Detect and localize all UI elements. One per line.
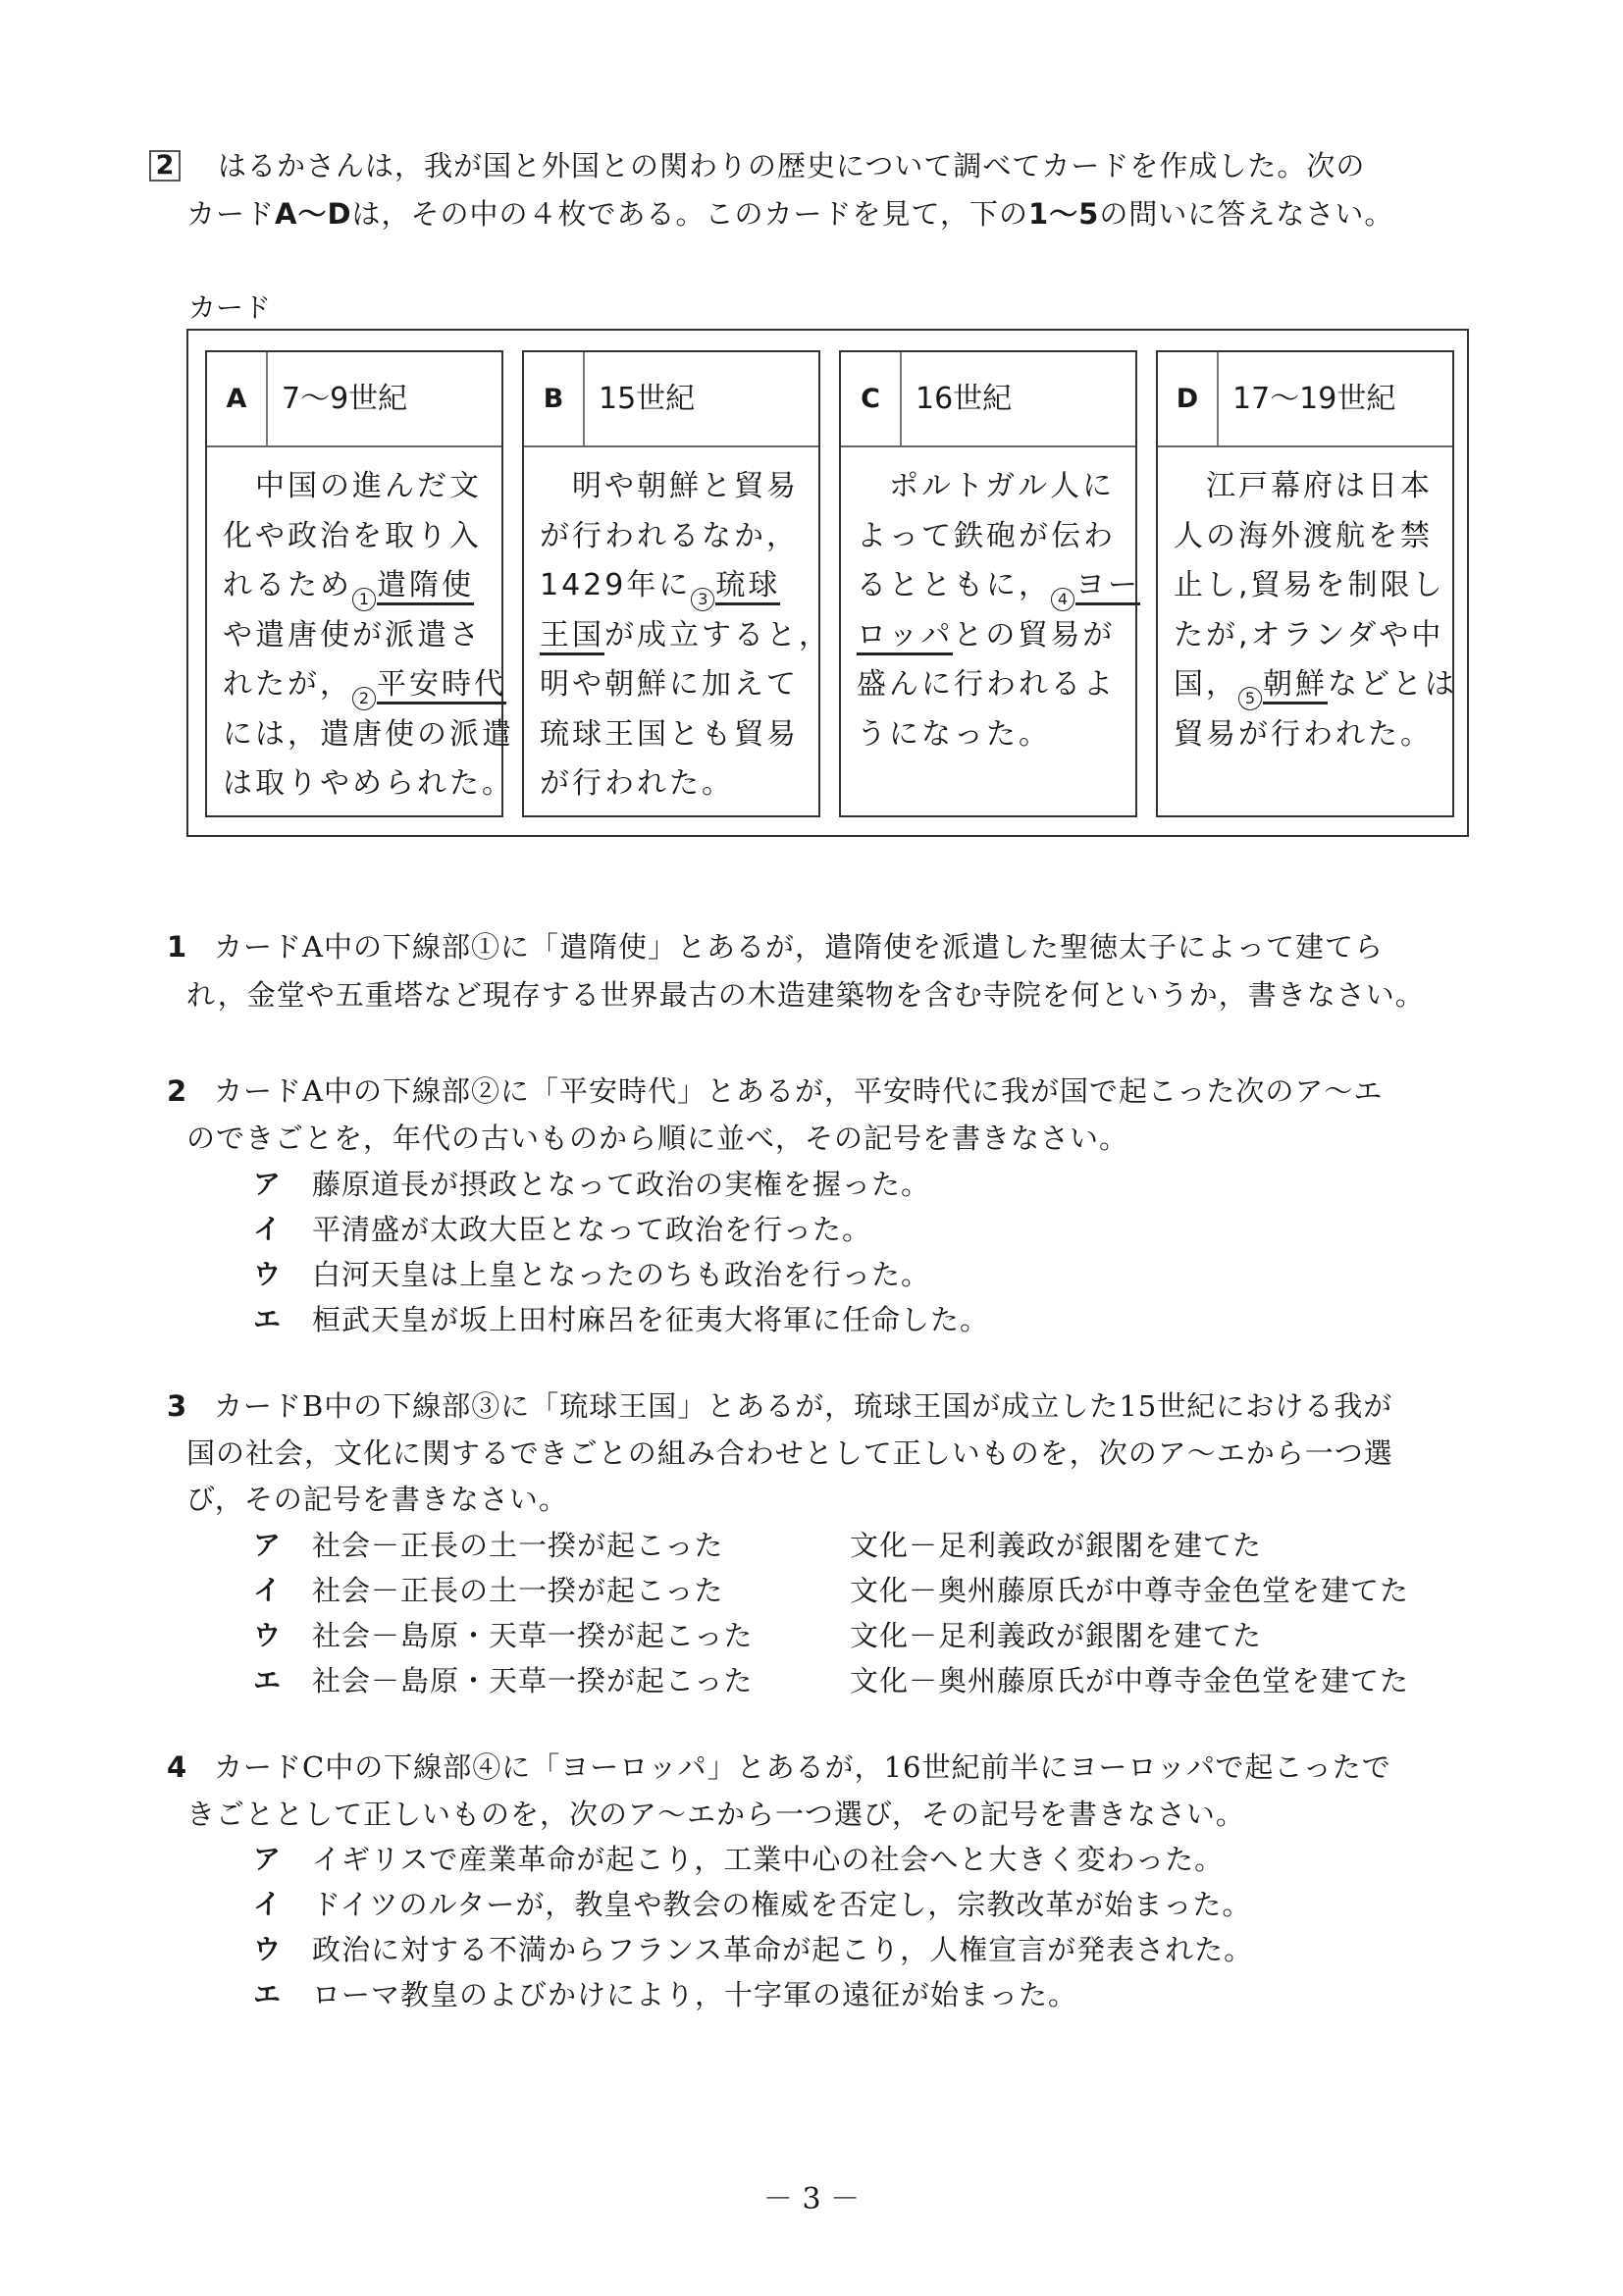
choice-society: 社会－島原・天草一揆が起こった: [312, 1661, 753, 1700]
choice-culture: 文化－奥州藤原氏が中尊寺金色堂を建てた: [850, 1571, 1409, 1610]
cards-label: カード: [188, 287, 271, 326]
question-text-line-2: きごととして正しいものを，次のア～エから一つ選び，その記号を書きなさい。: [186, 1795, 1245, 1834]
card-letter: C: [841, 352, 902, 445]
card-body: 明や朝鮮と貿易 が行われるなか， 1429年に3琉球 王国が成立すると， 明や朝…: [540, 462, 805, 809]
circled-number-5: 5: [1238, 687, 1262, 710]
question-text-line-2: のできごとを，年代の古いものから順に並べ，その記号を書きなさい。: [186, 1119, 1128, 1158]
question-number: 4: [167, 1748, 187, 1787]
choice-culture: 文化－足利義政が銀閣を建てた: [850, 1616, 1262, 1655]
card-era: 7～9世紀: [282, 352, 407, 445]
card-c: C 16世紀 ポルトガル人に よって鉄砲が伝わ るとともに，4ヨー ロッパとの貿…: [839, 350, 1137, 817]
choice-label: ア: [253, 1526, 281, 1565]
choice-label: エ: [253, 1661, 281, 1700]
choice-text: 藤原道長が摂政となって政治の実権を握った。: [312, 1165, 930, 1204]
underlined-term: 遣隋使: [377, 568, 474, 605]
choice-society: 社会－島原・天草一揆が起こった: [312, 1616, 753, 1655]
card-letter: B: [524, 352, 585, 445]
underlined-term: ロッパ: [857, 618, 953, 655]
choice-label: エ: [253, 1300, 281, 1339]
card-header: A 7～9世紀: [207, 352, 501, 447]
intro-line-2: カードA～Dは，その中の４枚である。このカードを見て，下の1～5の問いに答えなさ…: [186, 194, 1393, 234]
card-era: 16世紀: [916, 352, 1012, 445]
underlined-term: 王国: [540, 618, 604, 655]
circled-number-4: 4: [1051, 588, 1074, 611]
card-a: A 7～9世紀 中国の進んだ文 化や政治を取り入 れるため1遣隋使 や遣唐使が派…: [205, 350, 503, 817]
circled-number-3: 3: [691, 588, 714, 611]
choice-text: 白河天皇は上皇となったのちも政治を行った。: [312, 1255, 930, 1294]
choice-text: 桓武天皇が坂上田村麻呂を征夷大将軍に任命した。: [312, 1300, 989, 1339]
question-text-line-2: 国の社会，文化に関するできごとの組み合わせとして正しいものを，次のア～エから一つ…: [186, 1434, 1393, 1473]
card-b: B 15世紀 明や朝鮮と貿易 が行われるなか， 1429年に3琉球 王国が成立す…: [522, 350, 820, 817]
choice-text: 政治に対する不満からフランス革命が起こり，人権宣言が発表された。: [312, 1930, 1253, 1969]
card-letter: D: [1158, 352, 1219, 445]
card-header: C 16世紀: [841, 352, 1135, 447]
card-header: D 17～19世紀: [1158, 352, 1452, 447]
choice-society: 社会－正長の土一揆が起こった: [312, 1526, 723, 1565]
circled-number-2: 2: [352, 687, 376, 710]
choice-label: ウ: [253, 1930, 281, 1969]
underlined-term: 朝鮮: [1263, 667, 1328, 704]
page-number: － 3 －: [0, 2174, 1623, 2218]
choice-text: 平清盛が太政大臣となって政治を行った。: [312, 1210, 871, 1249]
question-text-line-2: れ，金堂や五重塔など現存する世界最古の木造建築物を含む寺院を何というか，書きなさ…: [186, 975, 1425, 1015]
intro-line-1: はるかさんは，我が国と外国との関わりの歴史について調べてカードを作成した。次の: [218, 146, 1365, 185]
choice-label: イ: [253, 1571, 281, 1610]
card-d: D 17～19世紀 江戸幕府は日本 人の海外渡航を禁 止し,貿易を制限し たが,…: [1156, 350, 1454, 817]
question-text-line-1: カードA中の下線部①に「遣隋使」とあるが，遣隋使を派遣した聖徳太子によって建てら: [214, 927, 1384, 966]
question-number-box: 2: [149, 150, 181, 182]
choice-text: ドイツのルターが，教皇や教会の権威を否定し，宗教改革が始まった。: [312, 1885, 1251, 1924]
question-text-line-1: カードC中の下線部④に「ヨーロッパ」とあるが，16世紀前半にヨーロッパで起こった…: [214, 1748, 1391, 1787]
circled-number-1: 1: [352, 588, 376, 611]
card-body: 中国の進んだ文 化や政治を取り入 れるため1遣隋使 や遣唐使が派遣さ れたが，2…: [223, 462, 488, 809]
choice-text: イギリスで産業革命が起こり，工業中心の社会へと大きく変わった。: [312, 1840, 1224, 1879]
choice-culture: 文化－奥州藤原氏が中尊寺金色堂を建てた: [850, 1661, 1409, 1700]
card-body: ポルトガル人に よって鉄砲が伝わ るとともに，4ヨー ロッパとの貿易が 盛んに行…: [857, 462, 1122, 759]
card-letter: A: [207, 352, 268, 445]
choice-label: ウ: [253, 1616, 281, 1655]
question-number: 3: [167, 1386, 187, 1426]
question-text-line-3: び，その記号を書きなさい。: [186, 1480, 568, 1519]
question-number: 1: [167, 927, 187, 966]
card-era: 17～19世紀: [1232, 352, 1395, 445]
choice-text: ローマ教皇のよびかけにより，十字軍の遠征が始まった。: [312, 1975, 1077, 2014]
underlined-term: 琉球: [715, 568, 780, 605]
choice-label: ウ: [253, 1255, 281, 1294]
card-body: 江戸幕府は日本 人の海外渡航を禁 止し,貿易を制限し たが,オランダや中 国，5…: [1174, 462, 1439, 759]
choice-label: イ: [253, 1885, 281, 1924]
choice-label: イ: [253, 1210, 281, 1249]
choice-label: エ: [253, 1975, 281, 2014]
choice-culture: 文化－足利義政が銀閣を建てた: [850, 1526, 1262, 1565]
choice-label: ア: [253, 1840, 281, 1879]
question-number: 2: [167, 1071, 187, 1111]
card-era: 15世紀: [599, 352, 695, 445]
underlined-term: ヨー: [1075, 568, 1140, 605]
card-header: B 15世紀: [524, 352, 818, 447]
choice-label: ア: [253, 1165, 281, 1204]
question-text-line-1: カードB中の下線部③に「琉球王国」とあるが，琉球王国が成立した15世紀における我…: [214, 1386, 1392, 1426]
underlined-term: 平安時代: [377, 667, 506, 704]
question-text-line-1: カードA中の下線部②に「平安時代」とあるが，平安時代に我が国で起こった次のア～エ: [214, 1071, 1383, 1111]
choice-society: 社会－正長の土一揆が起こった: [312, 1571, 723, 1610]
